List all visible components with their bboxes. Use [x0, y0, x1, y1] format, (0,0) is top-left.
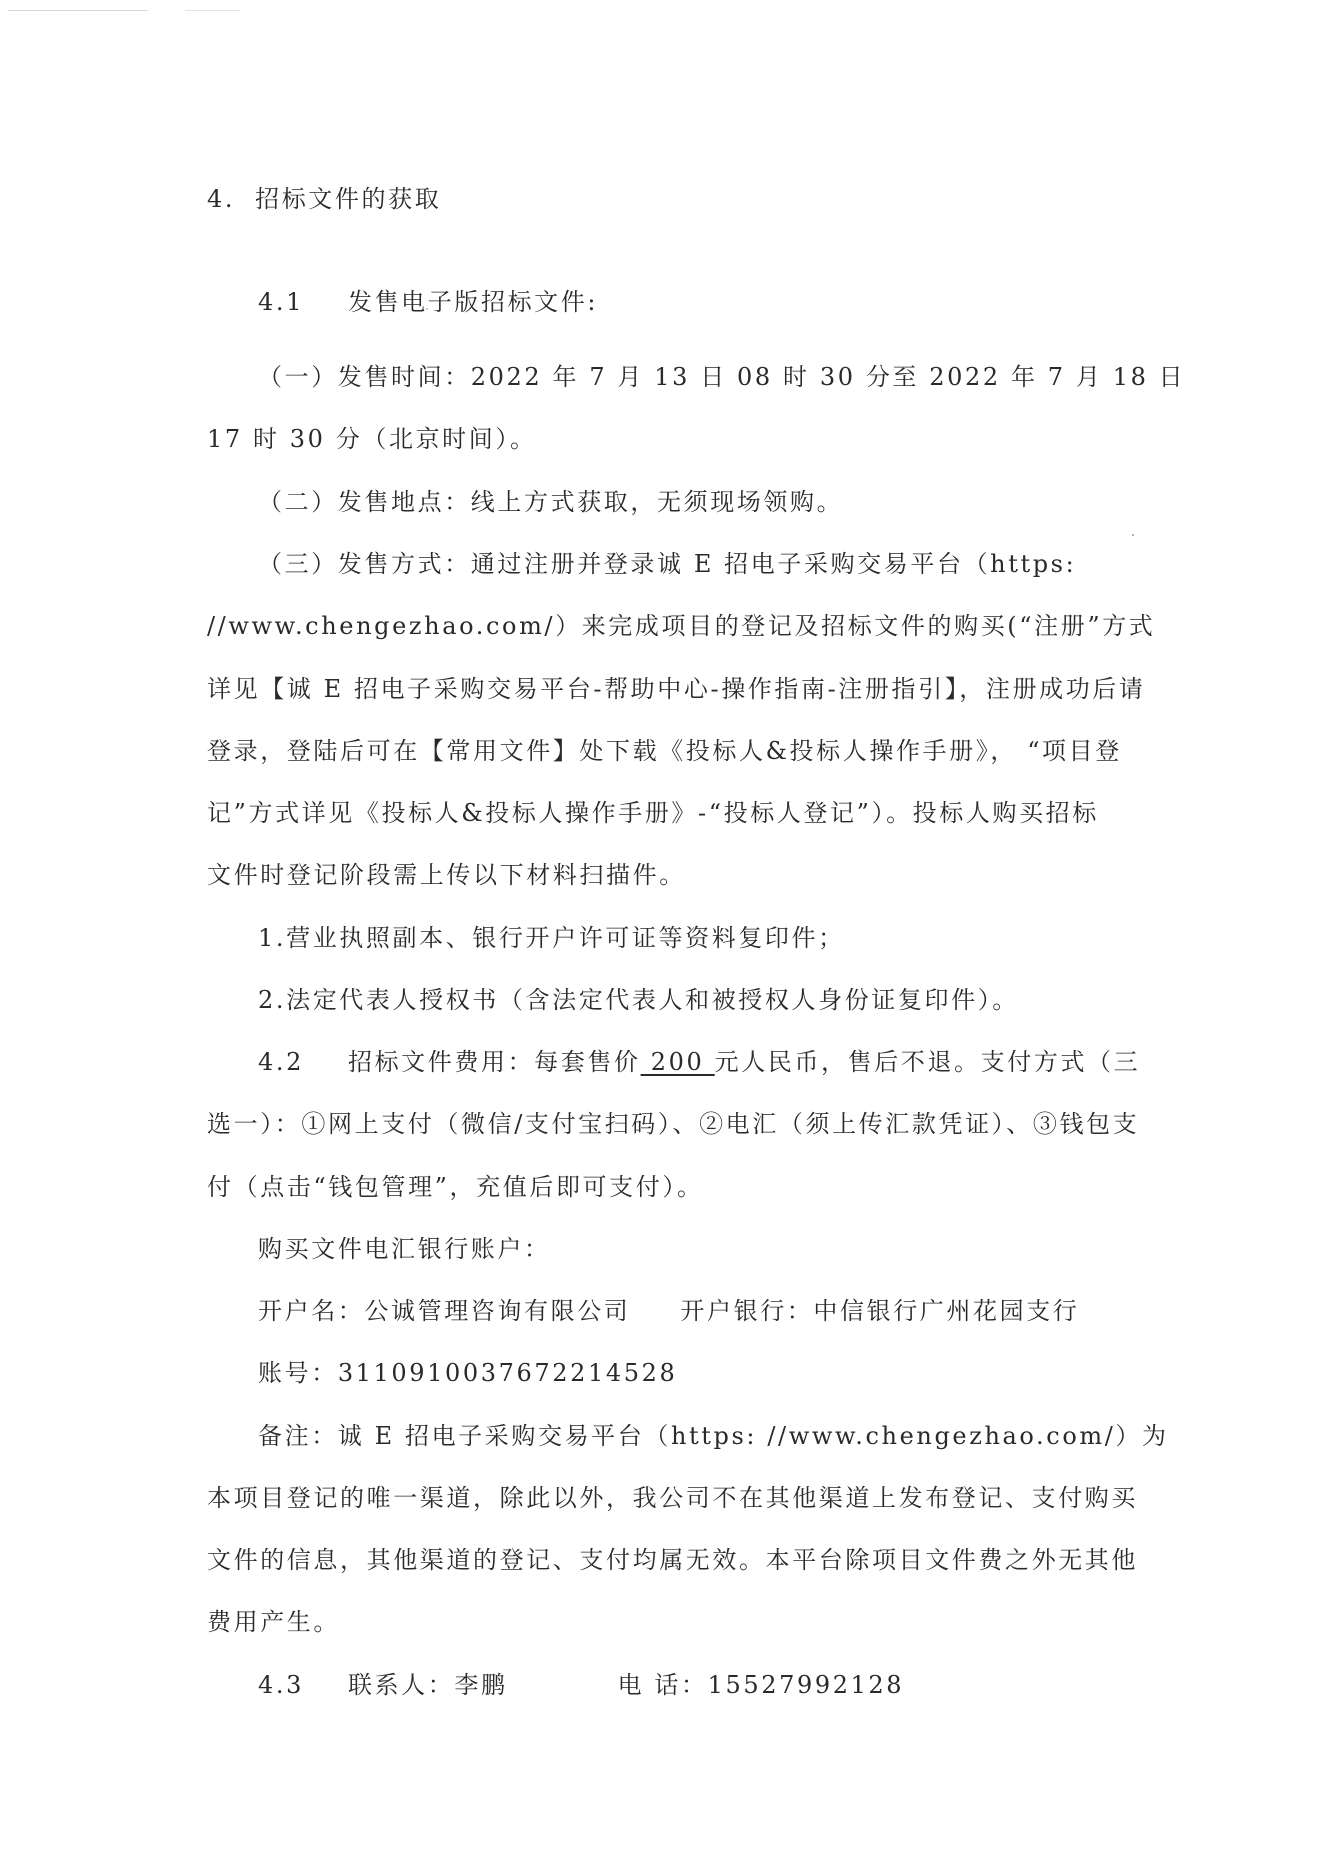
fee-prefix: 招标文件费用：每套售价	[348, 1048, 641, 1076]
sale-method-line-3: 详见【诚 E 招电子采购交易平台-帮助中心-操作指南-注册指引】，注册成功后请	[207, 674, 1146, 704]
bank-label: 开户银行：	[680, 1297, 813, 1325]
fee-suffix: 元人民币，售后不退。支付方式（三	[715, 1048, 1141, 1076]
note-line-3: 文件的信息，其他渠道的登记、支付均属无效。本平台除项目文件费之外无其他	[207, 1545, 1138, 1575]
sale-method-line-2: //www.chengezhao.com/）来完成项目的登记及招标文件的购买(“…	[207, 611, 1155, 641]
scan-mark	[8, 10, 148, 11]
sale-method-line-6: 文件时登记阶段需上传以下材料扫描件。	[207, 860, 686, 890]
note-line-4: 费用产生。	[207, 1607, 340, 1637]
sale-time-line-1: （一）发售时间：2022 年 7 月 13 日 08 时 30 分至 2022 …	[258, 362, 1185, 392]
bank-name: 中信银行广州花园支行	[813, 1297, 1079, 1325]
fee-amount: 200	[641, 1048, 715, 1076]
section-title: 招标文件的获取	[255, 185, 441, 213]
section-heading: 4.招标文件的获取	[207, 184, 441, 214]
sale-method-line-1: （三）发售方式：通过注册并登录诚 E 招电子采购交易平台（https:	[258, 549, 1076, 579]
subsection-number: 4.3	[258, 1671, 304, 1699]
account-name: 公诚管理咨询有限公司	[364, 1297, 630, 1325]
note-line-1: 备注：诚 E 招电子采购交易平台（https: //www.chengezhao…	[258, 1421, 1169, 1451]
contact-name: 李鹏	[454, 1671, 507, 1699]
note-line-2: 本项目登记的唯一渠道，除此以外，我公司不在其他渠道上发布登记、支付购买	[207, 1483, 1138, 1513]
subsection-4-2-line-1: 4.2招标文件费用：每套售价 200 元人民币，售后不退。支付方式（三	[258, 1047, 1140, 1077]
sale-method-line-5: 记”方式详见《投标人&投标人操作手册》-“投标人登记”）。投标人购买招标	[207, 798, 1099, 828]
bank-account-line: 开户名：公诚管理咨询有限公司开户银行：中信银行广州花园支行	[258, 1296, 1079, 1326]
material-item: 1.营业执照副本、银行开户许可证等资料复印件；	[258, 923, 845, 953]
subsection-4-2-line-3: 付（点击“钱包管理”，充值后即可支付）。	[207, 1172, 704, 1202]
bank-heading: 购买文件电汇银行账户：	[258, 1234, 551, 1264]
scan-speck	[1132, 534, 1134, 536]
subsection-number: 4.2	[258, 1048, 304, 1076]
material-item: 2.法定代表人授权书（含法定代表人和被授权人身份证复印件）。	[258, 985, 1019, 1015]
subsection-4-3-contact: 4.3联系人：李鹏电 话：15527992128	[258, 1670, 904, 1700]
scan-mark	[185, 10, 240, 11]
section-number: 4.	[207, 185, 235, 213]
subsection-4-2-line-2: 选一）：①网上支付（微信/支付宝扫码）、②电汇（须上传汇款凭证）、③钱包支	[207, 1109, 1139, 1139]
sale-time-line-2: 17 时 30 分（北京时间）。	[207, 424, 537, 454]
phone-label: 电 话：	[618, 1671, 708, 1699]
sale-place-line: （二）发售地点：线上方式获取，无须现场领购。	[258, 487, 843, 517]
subsection-4-1-heading: 4.1发售电子版招标文件:	[258, 287, 598, 317]
contact-label: 联系人：	[348, 1671, 454, 1699]
sale-method-line-4: 登录，登陆后可在【常用文件】处下载《投标人&投标人操作手册》， “项目登	[207, 736, 1122, 766]
phone-number: 15527992128	[708, 1671, 905, 1699]
subsection-title: 发售电子版招标文件:	[348, 288, 598, 316]
account-name-label: 开户名：	[258, 1297, 364, 1325]
subsection-number: 4.1	[258, 288, 304, 316]
account-number-label: 账号：	[258, 1359, 338, 1387]
account-number-line: 账号：3110910037672214528	[258, 1358, 677, 1388]
account-number: 3110910037672214528	[338, 1359, 678, 1387]
